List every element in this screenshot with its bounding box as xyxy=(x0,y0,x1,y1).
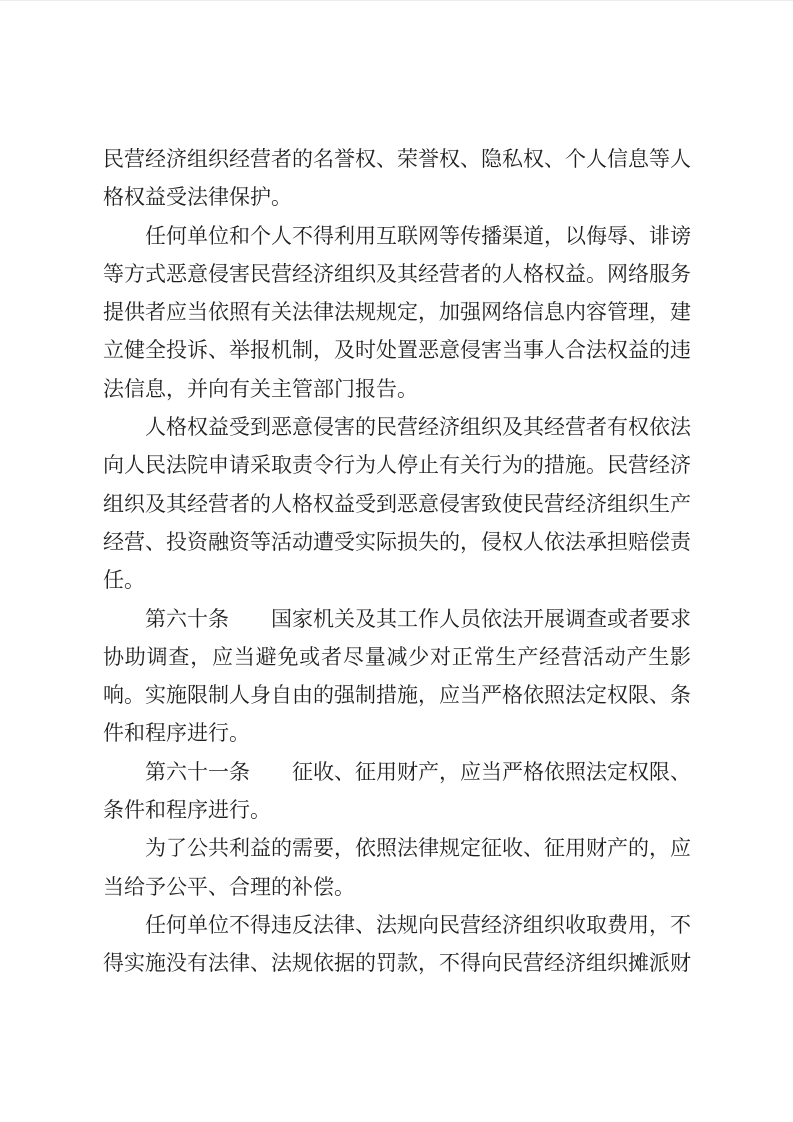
paragraph-compensation: 为了公共利益的需要，依照法律规定征收、征用财产的，应当给予公平、合理的补偿。 xyxy=(103,829,691,906)
paragraph-personality-rights-remedy: 人格权益受到恶意侵害的民营经济组织及其经营者有权依法向人民法院申请采取责令行为人… xyxy=(103,408,691,599)
document-page: 民营经济组织经营者的名誉权、荣誉权、隐私权、个人信息等人格权益受法律保护。 任何… xyxy=(0,0,793,1122)
article-60-number: 第六十条 xyxy=(145,607,229,631)
paragraph-network-defamation: 任何单位和个人不得利用互联网等传播渠道，以侮辱、诽谤等方式恶意侵害民营经济组织及… xyxy=(103,217,691,408)
article-61-number: 第六十一条 xyxy=(145,760,250,784)
article-60-paragraph: 第六十条国家机关及其工作人员依法开展调查或者要求协助调查，应当避免或者尽量减少对… xyxy=(103,600,691,753)
document-text-block: 民营经济组织经营者的名誉权、荣誉权、隐私权、个人信息等人格权益受法律保护。 任何… xyxy=(103,140,691,983)
paragraph-continuation: 民营经济组织经营者的名誉权、荣誉权、隐私权、个人信息等人格权益受法律保护。 xyxy=(103,140,691,217)
article-61-paragraph: 第六十一条征收、征用财产，应当严格依照法定权限、条件和程序进行。 xyxy=(103,753,691,830)
paragraph-fees-prohibition: 任何单位不得违反法律、法规向民营经济组织收取费用，不得实施没有法律、法规依据的罚… xyxy=(103,906,691,983)
